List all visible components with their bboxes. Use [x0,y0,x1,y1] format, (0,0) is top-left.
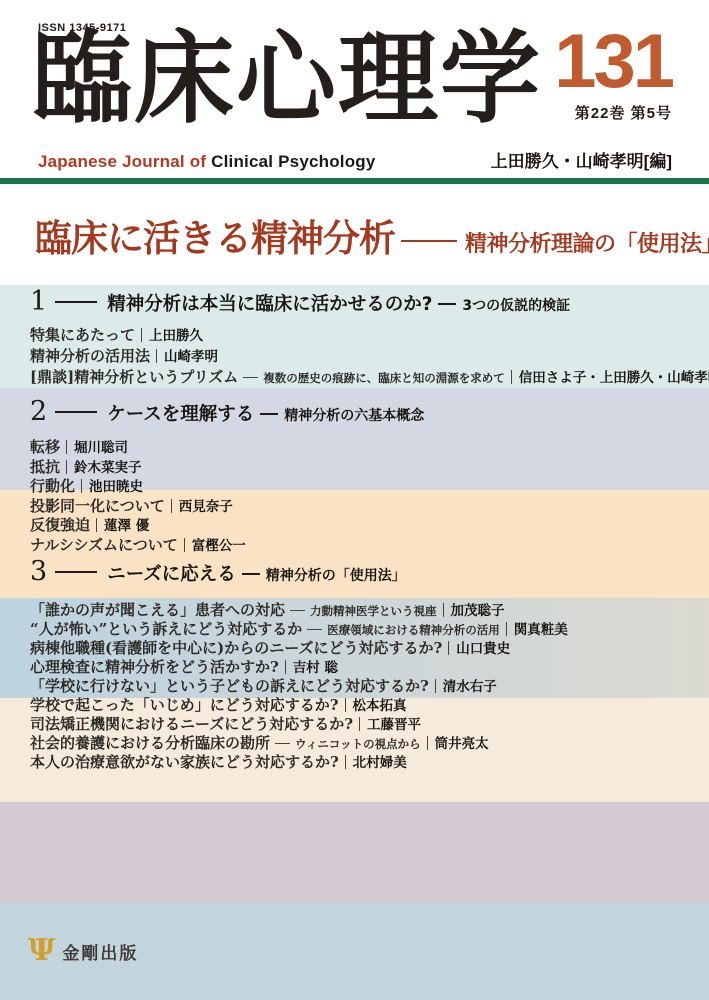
title-author-divider [171,499,172,513]
volume-number: 第22巻 第5号 [554,102,672,123]
entry-subtitle: 複数の歴史の痕跡に、臨床と知の淵源を求めて [263,371,505,385]
section-title: ケースを理解する [107,404,254,425]
entry-author: 堀川聡司 [74,440,128,456]
entry-title: 精神分析の活用法 [30,347,150,365]
em-dash-rule [307,629,322,631]
toc-entry: 本人の治療意欲がない家族にどう対応するか?北村婦美 [30,753,689,772]
background-band-mauve [0,802,709,903]
toc-entry: 特集にあたって上田勝久 [30,325,689,346]
toc-section-3: 3ニーズに応える精神分析の「使用法」 「誰かの声が聞こえる」患者への対応力動精神… [30,558,689,772]
em-dash-rule [242,573,260,575]
toc-entry: 「誰かの声が聞こえる」患者への対応力動精神医学という視座加茂聡子 [30,601,689,620]
entry-author: 加茂聡子 [451,603,505,619]
toc-entry: 転移堀川聡司 [30,438,689,458]
entry-author: 山崎孝明 [164,349,218,365]
em-dash-rule [55,571,97,574]
section-header: 3ニーズに応える精神分析の「使用法」 [30,558,689,586]
feature-title: 臨床に活きる精神分析 [35,216,395,260]
entry-title: 「誰かの声が聞こえる」患者への対応 [30,601,285,619]
title-author-divider [96,518,97,532]
entry-author: 上田勝久 [149,328,203,344]
section-title: ニーズに応える [107,564,236,585]
entry-title: 転移 [30,438,60,456]
magazine-cover: ISSN 1345-9171 臨床心理学 131 第22巻 第5号 Japane… [0,0,709,1000]
section-subtitle: 3つの仮説的検証 [462,298,570,314]
journal-title-english-prefix: Japanese Journal of [38,152,206,171]
feature-subtitle: 精神分析理論の「使用法」 [465,231,709,257]
section-subtitle: 精神分析の六基本概念 [284,408,424,424]
entry-title: 病棟他職種(看護師を中心に)からのニーズにどう対応するか? [30,639,442,657]
title-author-divider [81,479,82,493]
entry-title: 投影同一化について [30,497,165,515]
section-number: 3 [30,556,47,587]
entry-author: 蓮澤 優 [104,518,149,534]
entry-title: 司法矯正機関におけるニーズにどう対応するか? [30,715,353,733]
title-author-divider [448,641,449,655]
feature-title-block: 臨床に活きる精神分析精神分析理論の「使用法」 [35,208,709,262]
issue-number: 131 [554,26,672,98]
entry-author: 信田さよ子・上田勝久・山崎孝明 [519,370,709,386]
entry-title: ナルシシズムについて [30,536,178,554]
entry-title: “人が怖い”という訴えにどう対応するか [30,620,302,638]
em-dash-rule [55,411,97,414]
publisher-name: 金剛出版 [62,939,138,964]
entry-author: 西見奈子 [179,499,233,515]
toc-entry: 反復強迫蓮澤 優 [30,516,689,536]
issue-block: 131 第22巻 第5号 [554,26,672,123]
toc-entry: 行動化池田暁史 [30,477,689,497]
title-author-divider [184,538,185,552]
entry-author: 山口貴史 [456,641,510,657]
title-author-divider [427,736,428,750]
em-dash-rule [275,743,290,745]
title-author-divider [66,460,67,474]
entry-author: 筒井亮太 [435,736,489,752]
title-author-divider [359,717,360,731]
entry-author: 富樫公一 [192,538,246,554]
section-entries: 特集にあたって上田勝久精神分析の活用法山崎孝明[鼎談]精神分析というプリズム複数… [30,325,689,388]
section-entries: 転移堀川聡司抵抗鈴木菜実子行動化池田暁史投影同一化について西見奈子反復強迫蓮澤 … [30,438,689,555]
title-author-divider [66,440,67,454]
entry-title: [鼎談]精神分析というプリズム [30,368,238,386]
entry-author: 関真粧美 [514,622,568,638]
masthead-subrow: Japanese Journal of Clinical Psychology … [38,147,672,172]
editors: 上田勝久・山崎孝明[編] [491,147,672,172]
green-divider-bar [0,178,709,184]
entry-author: 清水右子 [443,679,497,695]
journal-title-english: Japanese Journal of Clinical Psychology [38,152,376,172]
toc-entry: “人が怖い”という訴えにどう対応するか医療領域における精神分析の活用関真粧美 [30,620,689,639]
entry-author: 北村婦美 [353,755,407,771]
em-dash-rule [438,303,456,305]
entry-author: 吉村 聡 [293,660,338,676]
em-dash-rule [290,610,305,612]
entry-title: 社会的養護における分析臨床の勘所 [30,734,270,752]
entry-title: 「学校に行けない」という子どもの訴えにどう対応するか? [30,677,429,695]
journal-title: 臨床心理学 [32,26,542,131]
publisher-logo-icon: Ψ [28,936,55,966]
toc-section-2: 2ケースを理解する精神分析の六基本概念 転移堀川聡司抵抗鈴木菜実子行動化池田暁史… [30,398,689,555]
publisher: Ψ 金剛出版 [28,936,138,966]
journal-title-english-main: Clinical Psychology [211,152,375,171]
em-dash-rule [55,301,97,304]
entry-subtitle: 医療領域における精神分析の活用 [327,623,500,637]
title-author-divider [156,349,157,363]
title-author-divider [285,660,286,674]
title-author-divider [345,755,346,769]
toc-entry: 学校で起こった「いじめ」にどう対応するか?松本拓真 [30,696,689,715]
entry-subtitle: ウィニコットの視点から [295,737,421,751]
entry-title: 反復強迫 [30,516,90,534]
title-author-divider [443,603,444,617]
toc-entry: 病棟他職種(看護師を中心に)からのニーズにどう対応するか?山口貴史 [30,639,689,658]
entry-title: 学校で起こった「いじめ」にどう対応するか? [30,696,339,714]
toc-entry: 抵抗鈴木菜実子 [30,458,689,478]
em-dash-rule [243,377,258,379]
entry-author: 松本拓真 [353,698,407,714]
em-dash-rule [401,240,457,242]
toc-entry: 社会的養護における分析臨床の勘所ウィニコットの視点から筒井亮太 [30,734,689,753]
title-author-divider [511,370,512,384]
section-title: 精神分析は本当に臨床に活かせるのか? [107,294,432,315]
section-number: 2 [30,396,47,427]
toc-entry: 司法矯正機関におけるニーズにどう対応するか?工藤晋平 [30,715,689,734]
toc-entry: [鼎談]精神分析というプリズム複数の歴史の痕跡に、臨床と知の淵源を求めて信田さよ… [30,367,689,388]
title-author-divider [345,698,346,712]
section-header: 2ケースを理解する精神分析の六基本概念 [30,398,689,426]
title-author-divider [141,328,142,342]
entry-author: 工藤晋平 [367,717,421,733]
title-author-divider [506,622,507,636]
title-author-divider [435,679,436,693]
section-header: 1精神分析は本当に臨床に活かせるのか?3つの仮説的検証 [30,288,689,316]
toc-section-1: 1精神分析は本当に臨床に活かせるのか?3つの仮説的検証 特集にあたって上田勝久精… [30,288,689,388]
entry-author: 鈴木菜実子 [74,460,142,476]
entry-author: 池田暁史 [89,479,143,495]
entry-title: 特集にあたって [30,326,135,344]
em-dash-rule [260,413,278,415]
entry-title: 行動化 [30,477,75,495]
entry-title: 抵抗 [30,458,60,476]
toc-entry: 投影同一化について西見奈子 [30,497,689,517]
toc-entry: ナルシシズムについて富樫公一 [30,536,689,556]
entry-title: 本人の治療意欲がない家族にどう対応するか? [30,753,339,771]
entry-title: 心理検査に精神分析をどう活かすか? [30,658,279,676]
section-subtitle: 精神分析の「使用法」 [266,568,406,584]
toc-entry: 心理検査に精神分析をどう活かすか?吉村 聡 [30,658,689,677]
toc-entry: 「学校に行けない」という子どもの訴えにどう対応するか?清水右子 [30,677,689,696]
entry-subtitle: 力動精神医学という視座 [310,604,437,618]
section-number: 1 [30,286,47,317]
toc-entry: 精神分析の活用法山崎孝明 [30,346,689,367]
section-entries: 「誰かの声が聞こえる」患者への対応力動精神医学という視座加茂聡子“人が怖い”とい… [30,601,689,772]
